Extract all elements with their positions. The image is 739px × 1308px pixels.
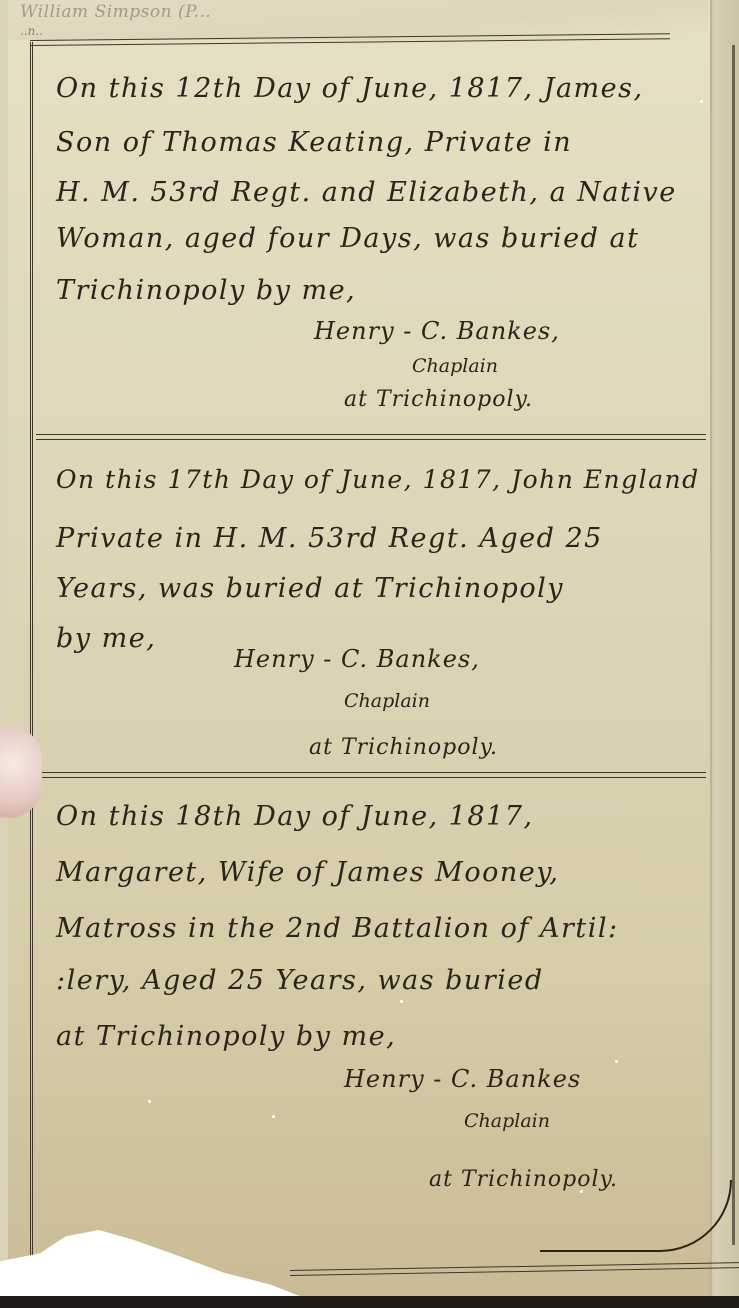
previous-page-mark: ..n.. bbox=[20, 24, 43, 38]
entry-3-line-1: On this 18th Day of June, 1817, bbox=[56, 801, 534, 832]
entry-1-line-3: H. M. 53rd Regt. and Elizabeth, a Native bbox=[56, 177, 677, 208]
holding-thumb bbox=[0, 726, 42, 818]
previous-page-header: William Simpson (P... bbox=[20, 2, 211, 22]
entry-2-signature: Henry - C. Bankes, bbox=[234, 645, 480, 673]
entry-1-line-2: Son of Thomas Keating, Private in bbox=[56, 127, 572, 158]
paper-speck bbox=[580, 1190, 583, 1193]
entry-1-place: at Trichinopoly. bbox=[344, 387, 533, 412]
dark-background-strip bbox=[0, 1296, 739, 1308]
burial-entry-1: On this 12th Day of June, 1817, James, S… bbox=[34, 55, 694, 435]
photographed-register: William Simpson (P... ..n.. On this 12th… bbox=[0, 0, 739, 1308]
paper-speck bbox=[272, 1115, 275, 1118]
entry-1-line-1: On this 12th Day of June, 1817, James, bbox=[56, 73, 644, 104]
entry-separator-2 bbox=[36, 772, 706, 778]
entry-3-line-3: Matross in the 2nd Battalion of Artil: bbox=[56, 913, 619, 944]
entry-2-line-2: Private in H. M. 53rd Regt. Aged 25 bbox=[56, 523, 603, 554]
entry-3-line-5: at Trichinopoly by me, bbox=[56, 1021, 396, 1052]
paper-speck bbox=[615, 1060, 618, 1063]
entry-2-title: Chaplain bbox=[344, 690, 430, 712]
paper-speck bbox=[148, 1100, 151, 1103]
entry-2-line-4: by me, bbox=[56, 623, 156, 654]
entry-1-line-5: Trichinopoly by me, bbox=[56, 275, 356, 306]
entry-2-line-1: On this 17th Day of June, 1817, John Eng… bbox=[56, 465, 700, 494]
burial-entry-2: On this 17th Day of June, 1817, John Eng… bbox=[34, 445, 694, 775]
entry-2-line-3: Years, was buried at Trichinopoly bbox=[56, 573, 564, 604]
entry-3-signature: Henry - C. Bankes bbox=[344, 1065, 581, 1093]
paper-speck bbox=[400, 1000, 403, 1003]
adjacent-page-rule bbox=[732, 45, 735, 1245]
entry-3-line-2: Margaret, Wife of James Mooney, bbox=[56, 857, 559, 888]
entry-3-line-4: :lery, Aged 25 Years, was buried bbox=[56, 965, 544, 996]
entry-separator-1 bbox=[36, 434, 706, 440]
entry-3-title: Chaplain bbox=[464, 1110, 550, 1132]
paper-speck bbox=[700, 100, 703, 103]
entry-1-title: Chaplain bbox=[412, 355, 498, 377]
entry-1-signature: Henry - C. Bankes, bbox=[314, 317, 560, 345]
entry-1-line-4: Woman, aged four Days, was buried at bbox=[56, 223, 639, 254]
entry-2-place: at Trichinopoly. bbox=[309, 735, 498, 760]
